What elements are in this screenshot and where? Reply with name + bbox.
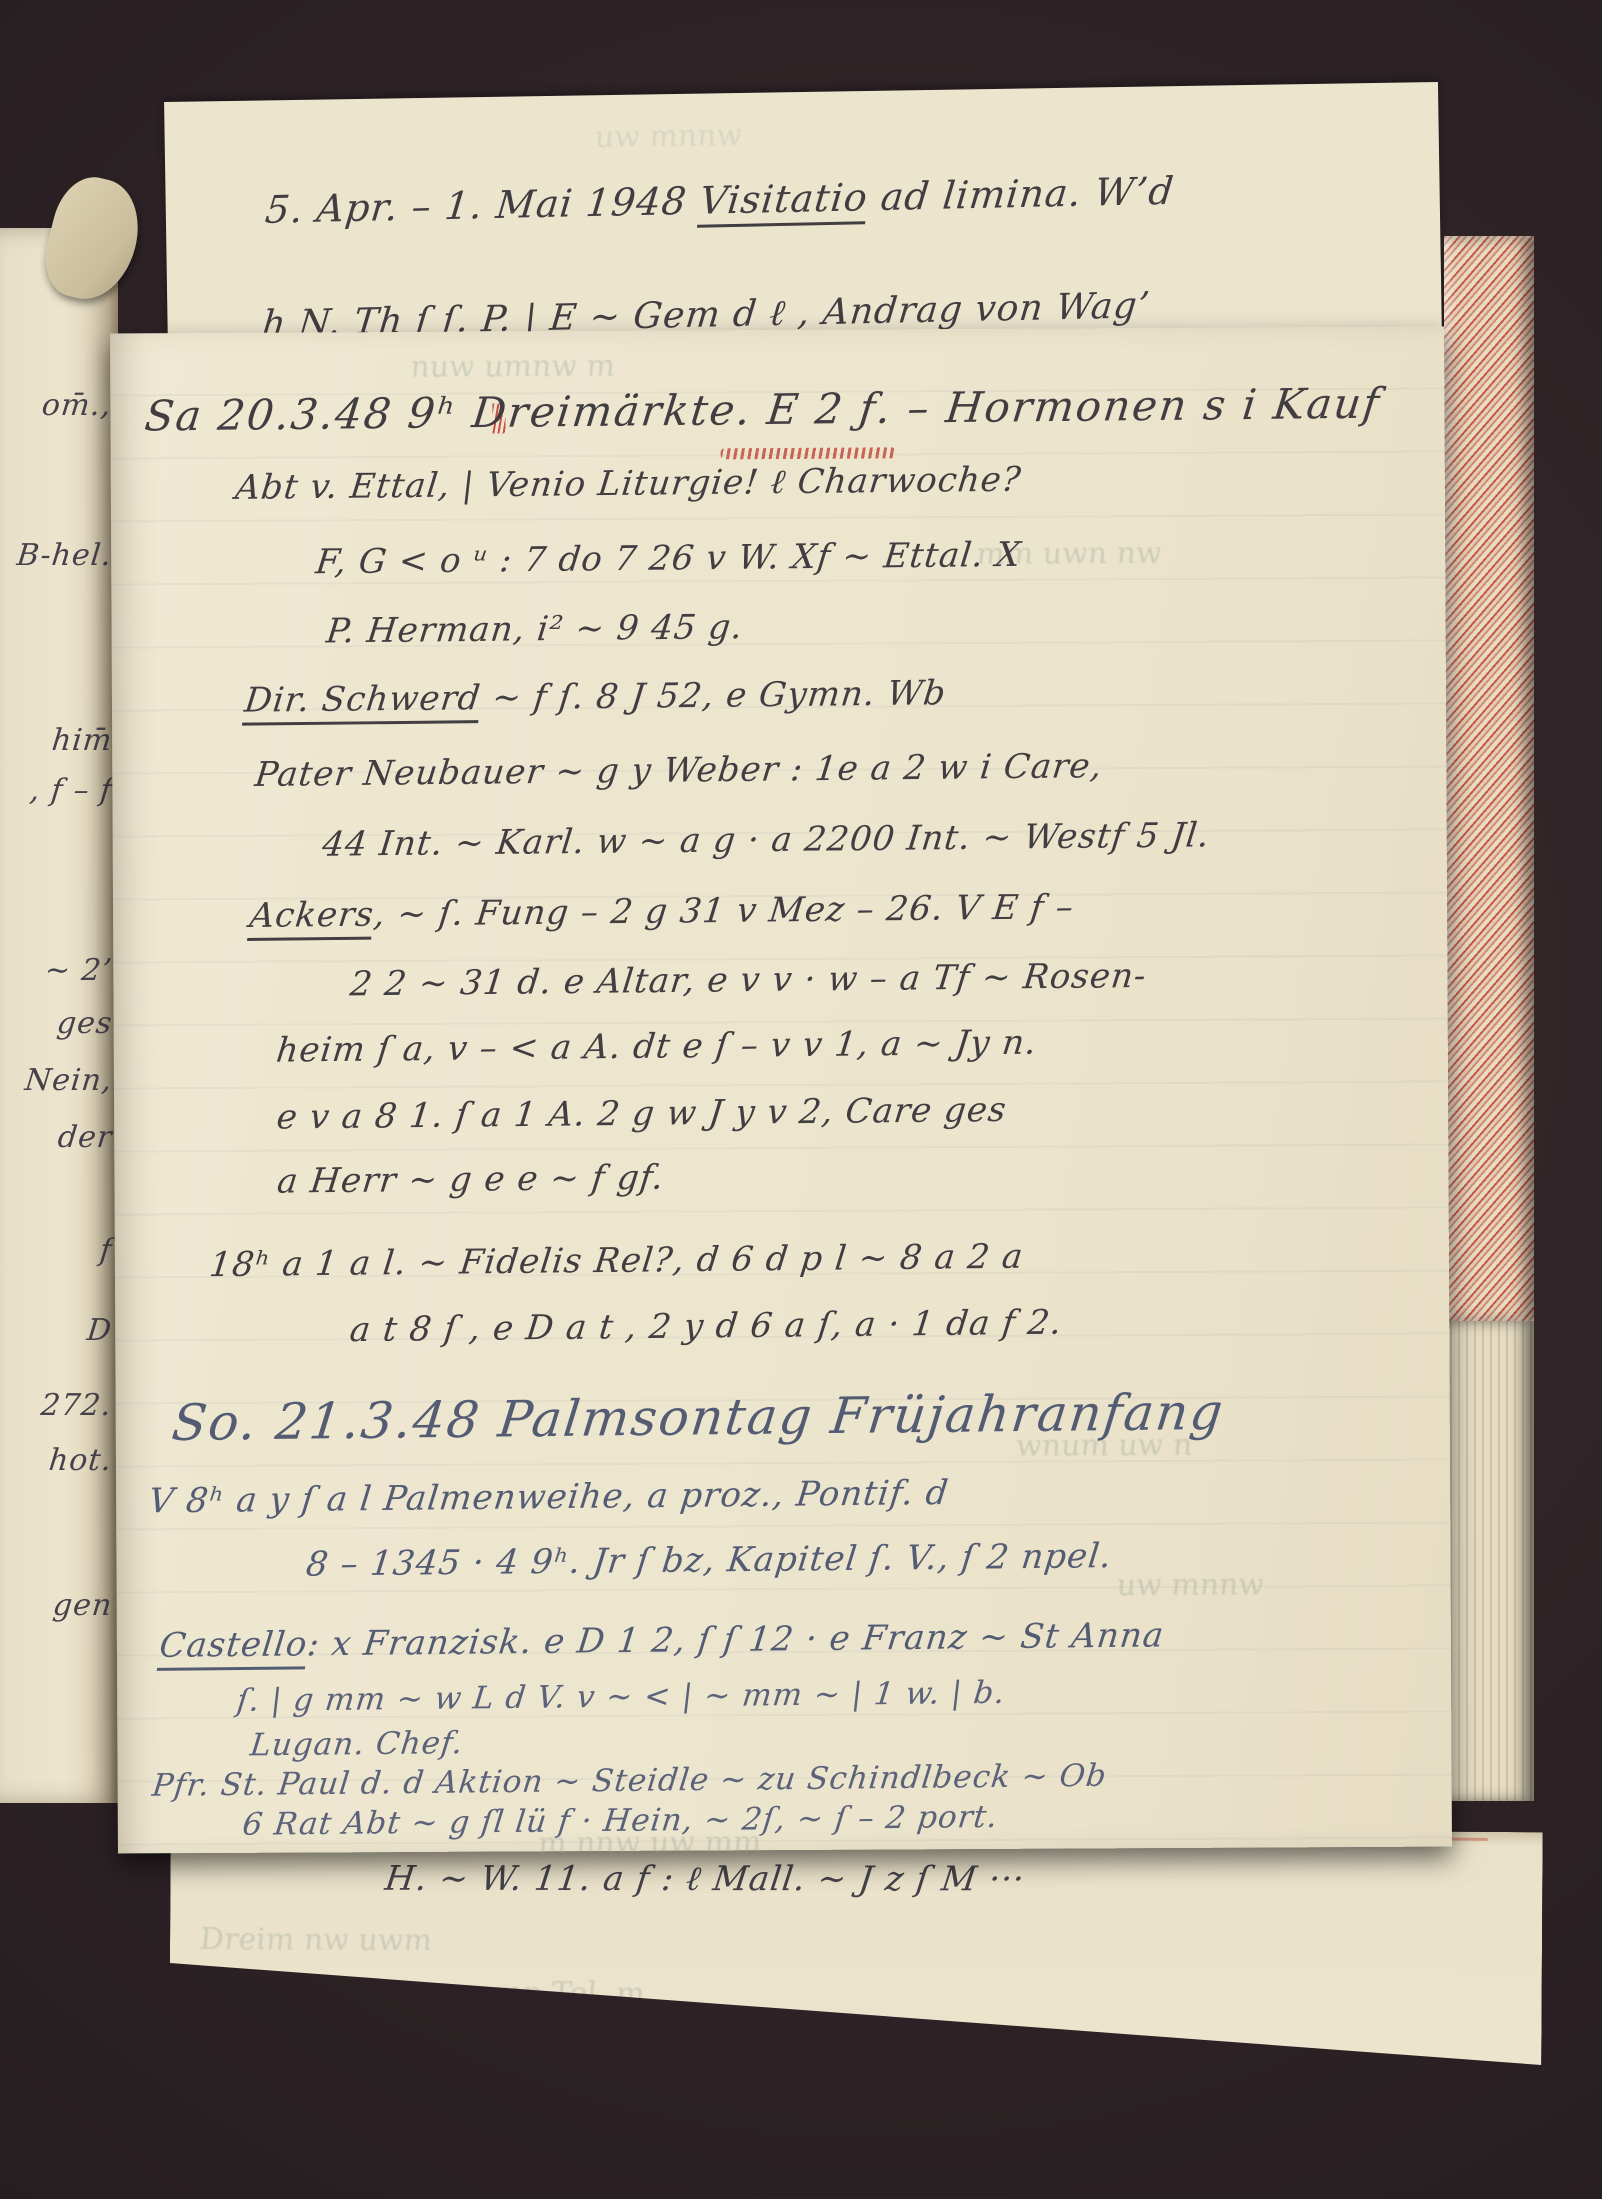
left-page-fragment: der <box>56 1120 114 1155</box>
underlined-name: Dir. Schwerd <box>242 678 483 725</box>
diary-line: 6 Rat Abt ~ g ſl lü f · Hein, ~ 2ſ, ~ ſ … <box>241 1799 1000 1843</box>
line-text: 6 Rat Abt ~ g ſl lü f · Hein, ~ 2ſ, ~ ſ … <box>241 1799 1000 1843</box>
left-page-fragment: 272. <box>39 1388 113 1423</box>
diary-line-fidelis: 18ʰ a 1 a l. ~ Fidelis Rel?, d 6 d p l ~… <box>207 1237 1025 1286</box>
line-text: , ~ ſ. Fung – 2 g 31 v Mez – 26. V E f – <box>372 887 1077 934</box>
fore-edge <box>1444 236 1534 1801</box>
left-page-fragment: , f – f <box>28 773 114 808</box>
line-text: Sa 20.3.48 9ʰ Dreimärkte. E 2 ƒ. – Hormo… <box>142 379 1383 441</box>
left-page-fragment: gen <box>51 1588 114 1623</box>
main-page: nuw umnw m mm uwn nw uw mnnw m nnw uw mm… <box>110 327 1452 1854</box>
line-text: Abt v. Ettal, | Venio Liturgie! ℓ Charwo… <box>233 460 1023 508</box>
left-page-fragment: f <box>98 1233 114 1268</box>
left-page-fragment: B-hel. <box>15 538 114 573</box>
diary-line: e v a 8 1. ſ a 1 A. 2 g w J y v 2, Care … <box>275 1090 1009 1138</box>
bottom-page-text: H. ~ W. 11. a f : ℓ Mall. ~ J z ſ M ··· <box>383 1859 1027 1900</box>
ghost-text: uw mn Tol. m <box>438 1975 646 2011</box>
line-text: ~ f ſ. 8 J 52, e Gymn. Wb <box>478 673 948 718</box>
diary-line-steidle-schindlbeck: Pfr. St. Paul d. d Aktion ~ Steidle ~ zu… <box>150 1758 1109 1804</box>
underlined-name: Castello <box>157 1624 310 1671</box>
bottom-page-line: H. ~ W. 11. a f : ℓ Mall. ~ J z ſ M ··· <box>383 1859 1027 1900</box>
entry-date-sa-20-3-48: Sa 20.3.48 9ʰ Dreimärkte. E 2 ƒ. – Hormo… <box>142 379 1383 441</box>
diary-line: a Herr ~ g e e ~ f gf. <box>275 1158 666 1202</box>
line-text: F, G < o ᵘ : 7 do 7 26 v W. Xf ~ Ettal. … <box>314 535 1024 582</box>
diary-line: F, G < o ᵘ : 7 do 7 26 v W. Xf ~ Ettal. … <box>314 535 1024 582</box>
ghost-text: uw mnnw <box>593 118 745 155</box>
line-text: a t 8 ſ , e D a t , 2 y d 6 a ſ, a · 1 d… <box>348 1303 1065 1350</box>
diary-line: a t 8 ſ , e D a t , 2 y d 6 a ſ, a · 1 d… <box>348 1303 1065 1350</box>
diary-line-ackers: Ackers, ~ ſ. Fung – 2 g 31 v Mez – 26. V… <box>248 887 1077 936</box>
line-text: So. 21.3.48 Palmsontag Früjahranfang <box>169 1383 1227 1452</box>
line-text: 18ʰ a 1 a l. ~ Fidelis Rel?, d 6 d p l ~… <box>207 1237 1025 1286</box>
diary-line: 2 2 ~ 31 d. e Altar, e v v · w – a Tf ~ … <box>348 956 1149 1004</box>
entry-heading-palmsonntag: So. 21.3.48 Palmsontag Früjahranfang <box>169 1383 1227 1452</box>
line-text: P. Herman, i² ~ 9 45 g. <box>324 607 745 651</box>
ghost-text: Dreim nw uwm <box>198 1922 433 1958</box>
line-text: e v a 8 1. ſ a 1 A. 2 g w J y v 2, Care … <box>275 1090 1009 1138</box>
line-text: : x Franzisk. e D 1 2, ſ ſ 12 · e Franz … <box>305 1615 1166 1664</box>
diary-line: P. Herman, i² ~ 9 45 g. <box>324 607 745 651</box>
left-page-fragment: D <box>85 1313 114 1348</box>
diary-photo: { "colors": { "background": "#2c2225", "… <box>0 0 1602 2199</box>
line-text: heim ſ a, v – < a A. dt e ſ – v v 1, a ~… <box>274 1023 1039 1071</box>
fore-edge-red-speckle <box>1444 236 1534 1321</box>
underlined-name: Ackers <box>247 895 376 941</box>
diary-line: Lugan. Chef. <box>248 1725 465 1763</box>
ghost-text: uw mnnw <box>1115 1567 1266 1603</box>
diary-line: 8 – 1345 · 4 9ʰ. Jr ſ bz, Kapitel ſ. V.,… <box>304 1536 1114 1584</box>
left-page-fragment: hot. <box>47 1443 114 1478</box>
diary-line: 44 Int. ~ Karl. w ~ a g · a 2200 Int. ~ … <box>320 815 1212 864</box>
diary-line: heim ſ a, v – < a A. dt e ſ – v v 1, a ~… <box>274 1023 1039 1071</box>
diary-line-castello: Castello: x Franzisk. e D 1 2, ſ ſ 12 · … <box>157 1615 1166 1666</box>
line-text: Pater Neubauer ~ g y Weber : 1e a 2 w i … <box>253 746 1105 795</box>
diary-line-dir-schwerd: Dir. Schwerd ~ f ſ. 8 J 52, e Gymn. Wb <box>242 673 948 720</box>
back-page-date-line: 5. Apr. – 1. Mai 1948 Visitatio ad limin… <box>263 169 1176 232</box>
left-page-fragment: him̄ <box>50 723 114 758</box>
diary-line: V 8ʰ a y ſ a l Palmenweihe, a proz., Pon… <box>147 1473 951 1521</box>
line-text: 44 Int. ~ Karl. w ~ a g · a 2200 Int. ~ … <box>320 815 1212 864</box>
line-text: 8 – 1345 · 4 9ʰ. Jr ſ bz, Kapitel ſ. V.,… <box>304 1536 1114 1584</box>
left-page-fragment: om̄., <box>41 388 114 423</box>
bottom-page: H. ~ W. 11. a f : ℓ Mall. ~ J z ſ M ··· … <box>169 1824 1542 2072</box>
back-page-date: 5. Apr. – 1. Mai 1948 <box>263 179 702 232</box>
line-text: Lugan. Chef. <box>248 1725 465 1763</box>
left-page-fragment: Nein, <box>23 1063 114 1098</box>
left-page: om̄., B-hel. him̄ , f – f ~ 2’ ges Nein,… <box>0 228 118 1803</box>
diary-line: Abt v. Ettal, | Venio Liturgie! ℓ Charwo… <box>233 460 1023 508</box>
diary-line: ſ. | g mm ~ w L d V. v ~ < | ~ mm ~ | 1 … <box>235 1675 1007 1719</box>
diary-line-pater-neubauer: Pater Neubauer ~ g y Weber : 1e a 2 w i … <box>253 746 1105 795</box>
back-page-date-tail: ad limina. W’d <box>866 169 1177 219</box>
red-mark <box>721 447 896 459</box>
back-page: uw mnnw 5. Apr. – 1. Mai 1948 Visitatio … <box>164 82 1442 357</box>
fore-edge-page-stack <box>1444 1321 1534 1801</box>
line-text: 2 2 ~ 31 d. e Altar, e v v · w – a Tf ~ … <box>348 956 1149 1004</box>
visitatio-underlined: Visitatio <box>697 175 870 228</box>
left-page-fragment: ~ 2’ <box>43 953 114 988</box>
ghost-text: nuw umnw m <box>408 349 616 385</box>
line-text: V 8ʰ a y ſ a l Palmenweihe, a proz., Pon… <box>147 1473 951 1521</box>
line-text: Pfr. St. Paul d. d Aktion ~ Steidle ~ zu… <box>150 1758 1109 1804</box>
line-text: a Herr ~ g e e ~ f gf. <box>275 1158 666 1202</box>
left-page-fragment: ges <box>55 1006 114 1041</box>
line-text: ſ. | g mm ~ w L d V. v ~ < | ~ mm ~ | 1 … <box>235 1675 1007 1719</box>
